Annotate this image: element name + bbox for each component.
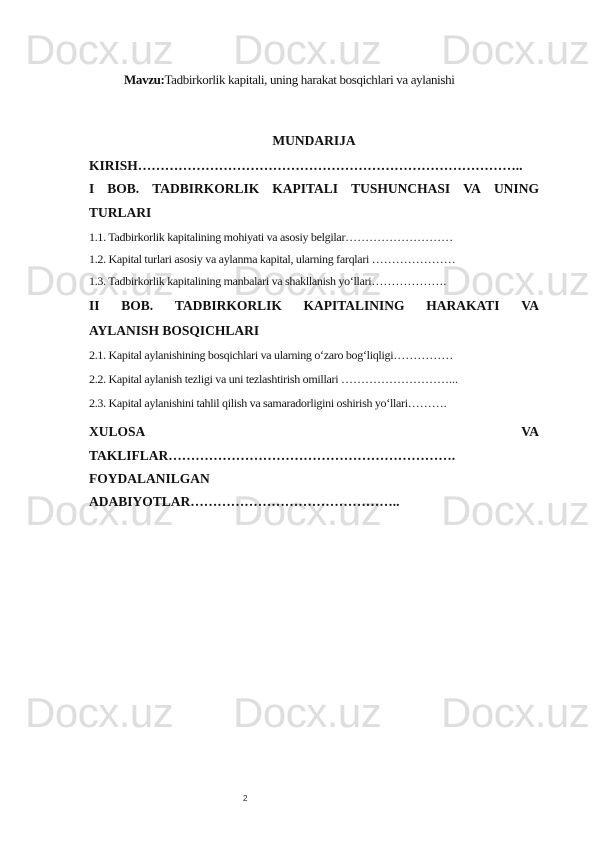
dot-leader: ………………. xyxy=(371,274,446,288)
heading-word: TUSHUNCHASI xyxy=(351,179,450,199)
heading-word: TADBIRKORLIK xyxy=(152,179,259,199)
watermark: Docx.uz xyxy=(233,693,381,733)
dot-leader: ……………………………………….. xyxy=(190,494,399,509)
topic-label: Mavzu: xyxy=(124,72,165,87)
watermark: Docx.uz xyxy=(233,30,381,70)
watermark: Docx.uz xyxy=(25,30,173,70)
toc-entry-2-3[interactable]: 2.3. Kapital aylanishini tahlil qilish v… xyxy=(89,393,535,413)
toc-entry-label: 1.3. Tadbirkorlik kapitalining manbalari… xyxy=(89,274,371,288)
watermark-row: Docx.uz Docx.uz Docx.uz xyxy=(0,30,595,70)
watermark-layer: Docx.uz Docx.uz Docx.uz Docx.uz Docx.uz … xyxy=(0,0,595,842)
heading-word: VA xyxy=(521,296,539,316)
toc-entry-1-3[interactable]: 1.3. Tadbirkorlik kapitalining manbalari… xyxy=(89,271,535,291)
page-number: 2 xyxy=(243,793,247,805)
toc-entry-1-2[interactable]: 1.2. Kapital turlari asosiy va aylanma k… xyxy=(89,249,535,269)
topic-text: Tadbirkorlik kapitali, uning harakat bos… xyxy=(165,72,455,87)
toc-entry-2-1[interactable]: 2.1. Kapital aylanishining bosqichlari v… xyxy=(89,345,535,365)
toc-entry-label: 2.2. Kapital aylanish tezligi va uni tez… xyxy=(89,372,341,386)
toc-entry-references-continued[interactable]: ADABIYOTLAR……………………………………….. xyxy=(89,492,539,512)
toc-entry-chapter-2[interactable]: II BOB. TADBIRKORLIK KAPITALINING HARAKA… xyxy=(89,296,539,316)
toc-entry-label: 2.1. Kapital aylanishining bosqichlari v… xyxy=(89,348,393,362)
dot-leader: ……………………… xyxy=(345,230,453,244)
toc-entry-label: 1.1. Tadbirkorlik kapitalining mohiyati … xyxy=(89,230,345,244)
heading-word: UNING xyxy=(494,179,539,199)
toc-entry-chapter-2-continued[interactable]: AYLANISH BOSQICHLARI xyxy=(89,321,539,341)
heading-word: VA xyxy=(463,179,481,199)
heading-continuation: AYLANISH BOSQICHLARI xyxy=(89,323,259,338)
heading-continuation: ADABIYOTLAR xyxy=(89,494,190,509)
toc-entry-chapter-1-continued[interactable]: TURLARI xyxy=(89,203,539,223)
heading-word: TADBIRKORLIK xyxy=(175,296,282,316)
dot-leader: ………………………………………………………. xyxy=(168,448,455,463)
toc-entry-label: 2.3. Kapital aylanishini tahlil qilish v… xyxy=(89,396,408,410)
heading-word: VA xyxy=(521,422,539,442)
toc-entry-label: 1.2. Kapital turlari asosiy va aylanma k… xyxy=(89,252,372,266)
heading-word: FOYDALANILGAN xyxy=(89,471,210,486)
heading-continuation: TAKLIFLAR xyxy=(89,448,168,463)
heading-word: BOB. xyxy=(107,179,139,199)
toc-entry-references[interactable]: FOYDALANILGAN xyxy=(89,469,539,489)
toc-entry-1-1[interactable]: 1.1. Tadbirkorlik kapitalining mohiyati … xyxy=(89,227,535,247)
heading-word: II xyxy=(89,296,100,316)
heading-word: BOB. xyxy=(121,296,153,316)
toc-title: MUNDARIJA xyxy=(89,132,539,150)
heading-word: XULOSA xyxy=(89,422,145,442)
heading-word: KAPITALI xyxy=(272,179,338,199)
watermark: Docx.uz xyxy=(441,30,589,70)
document-topic: Mavzu:Tadbirkorlik kapitali, uning harak… xyxy=(124,71,455,89)
dot-leader: ………. xyxy=(408,396,447,410)
heading-word: HARAKATI xyxy=(426,296,499,316)
watermark: Docx.uz xyxy=(441,693,589,733)
heading-word: I xyxy=(89,179,94,199)
dot-leader: ………………………... xyxy=(341,372,458,386)
toc-entry-label: KIRISH xyxy=(89,158,138,173)
toc-entry-2-2[interactable]: 2.2. Kapital aylanish tezligi va uni tez… xyxy=(89,369,535,389)
toc-entry-conclusion[interactable]: XULOSA VA xyxy=(89,422,539,442)
watermark: Docx.uz xyxy=(25,693,173,733)
dot-leader: ………………… xyxy=(372,252,456,266)
dot-leader: ………………………………………………………………………….. xyxy=(138,158,523,173)
toc-entry-chapter-1[interactable]: I BOB. TADBIRKORLIK KAPITALI TUSHUNCHASI… xyxy=(89,179,539,199)
watermark-row: Docx.uz Docx.uz Docx.uz xyxy=(0,693,595,733)
toc-entry-intro[interactable]: KIRISH………………………………………………………………………….. xyxy=(89,156,539,176)
dot-leader: …………… xyxy=(393,348,453,362)
heading-continuation: TURLARI xyxy=(89,205,151,220)
heading-word: KAPITALINING xyxy=(304,296,405,316)
toc-entry-conclusion-continued[interactable]: TAKLIFLAR………………………………………………………. xyxy=(89,446,539,466)
